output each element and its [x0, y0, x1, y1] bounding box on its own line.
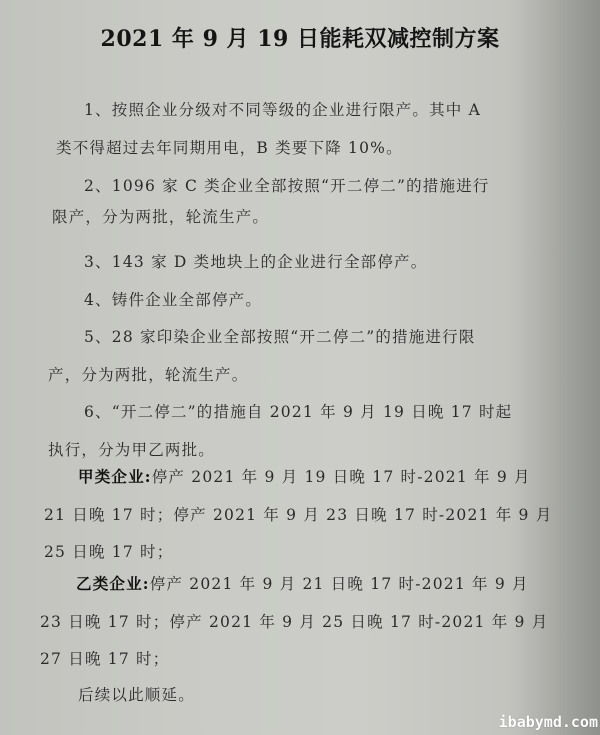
- document-title: 2021 年 9 月 19 日能耗双减控制方案: [0, 22, 600, 53]
- item-1-line-2: 类不得超过去年同期用电，B 类要下降 10%。: [56, 136, 403, 158]
- group-b-line-2: 23 日晚 17 时；停产 2021 年 9 月 25 日晚 17 时-2021…: [40, 610, 548, 632]
- item-5-line-2: 产，分为两批，轮流生产。: [48, 363, 248, 385]
- watermark: ibabymd.com: [499, 713, 598, 731]
- item-6-line-2: 执行，分为甲乙两批。: [48, 438, 215, 460]
- group-b-line-1: 乙类企业:停产 2021 年 9 月 21 日晚 17 时-2021 年 9 月: [76, 572, 529, 594]
- item-4: 4、铸件企业全部停产。: [84, 288, 262, 310]
- item-3: 3、143 家 D 类地块上的企业进行全部停产。: [84, 250, 427, 272]
- item-1-line-1: 1、按照企业分级对不同等级的企业进行限产。其中 A: [84, 98, 481, 120]
- group-a-line-2: 21 日晚 17 时；停产 2021 年 9 月 23 日晚 17 时-2021…: [44, 503, 552, 525]
- item-5-line-1: 5、28 家印染企业全部按照“开二停二”的措施进行限: [84, 325, 476, 347]
- document-photo: 2021 年 9 月 19 日能耗双减控制方案 1、按照企业分级对不同等级的企业…: [0, 0, 600, 735]
- item-2-line-2: 限产，分为两批，轮流生产。: [52, 205, 269, 227]
- group-b-label: 乙类企业:: [76, 574, 150, 593]
- group-a-text-1: 停产 2021 年 9 月 19 日晚 17 时-2021 年 9 月: [152, 468, 531, 486]
- closing-text: 后续以此顺延。: [78, 683, 195, 705]
- group-b-text-1: 停产 2021 年 9 月 21 日晚 17 时-2021 年 9 月: [150, 575, 529, 593]
- group-a-line-3: 25 日晚 17 时；: [44, 540, 173, 562]
- item-6-line-1: 6、“开二停二”的措施自 2021 年 9 月 19 日晚 17 时起: [84, 400, 512, 422]
- item-2-line-1: 2、1096 家 C 类企业全部按照“开二停二”的措施进行: [84, 174, 490, 196]
- group-b-line-3: 27 日晚 17 时；: [40, 647, 169, 669]
- group-a-line-1: 甲类企业:停产 2021 年 9 月 19 日晚 17 时-2021 年 9 月: [78, 465, 531, 487]
- group-a-label: 甲类企业:: [78, 467, 152, 486]
